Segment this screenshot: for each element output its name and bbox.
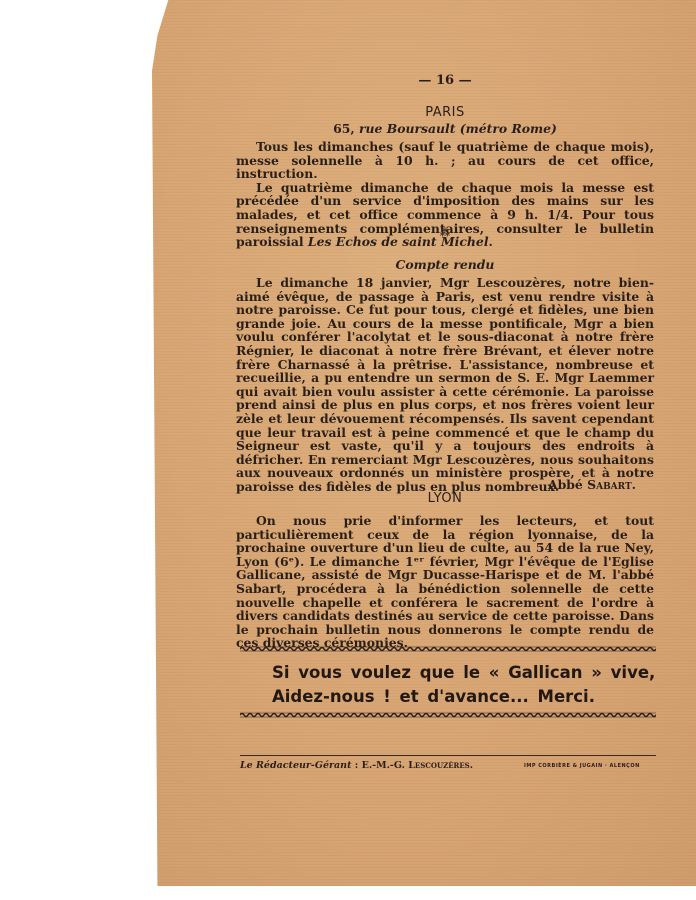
footer-editor: Le Rédacteur-Gérant : E.-M.-G. Lescouzèr… <box>240 760 473 771</box>
appeal-line-1: Si vous voulez que le « Gallican » vive, <box>272 661 662 685</box>
paris-paragraph-1: Tous les dimanches (sauf le quatrième de… <box>236 140 654 181</box>
footer-rule <box>240 755 656 756</box>
page-number: — 16 — <box>236 74 654 88</box>
wavy-rule-bottom <box>240 711 656 719</box>
paris-address: 65, rue Boursault (métro Rome) <box>236 122 654 136</box>
section-title-lyon: LYON <box>236 492 654 506</box>
asterism-separator: ⁂ <box>236 230 654 238</box>
section-title-paris: PARIS <box>236 106 654 120</box>
compte-rendu-title: Compte rendu <box>236 258 654 272</box>
compte-rendu-paragraph: Le dimanche 18 janvier, Mgr Lescouzères,… <box>236 276 654 494</box>
lyon-paragraph: On nous prie d'informer les lecteurs, et… <box>236 514 654 650</box>
appeal-line-2: Aidez-nous ! et d'avance... Merci. <box>272 685 662 709</box>
appeal-banner: Si vous voulez que le « Gallican » vive,… <box>272 661 662 709</box>
wavy-rule-top <box>240 645 656 653</box>
footer-printer: IMP CORBIÈRE & JUGAIN · ALENÇON <box>524 763 640 769</box>
signature: Abbé Sabart. <box>548 478 636 492</box>
